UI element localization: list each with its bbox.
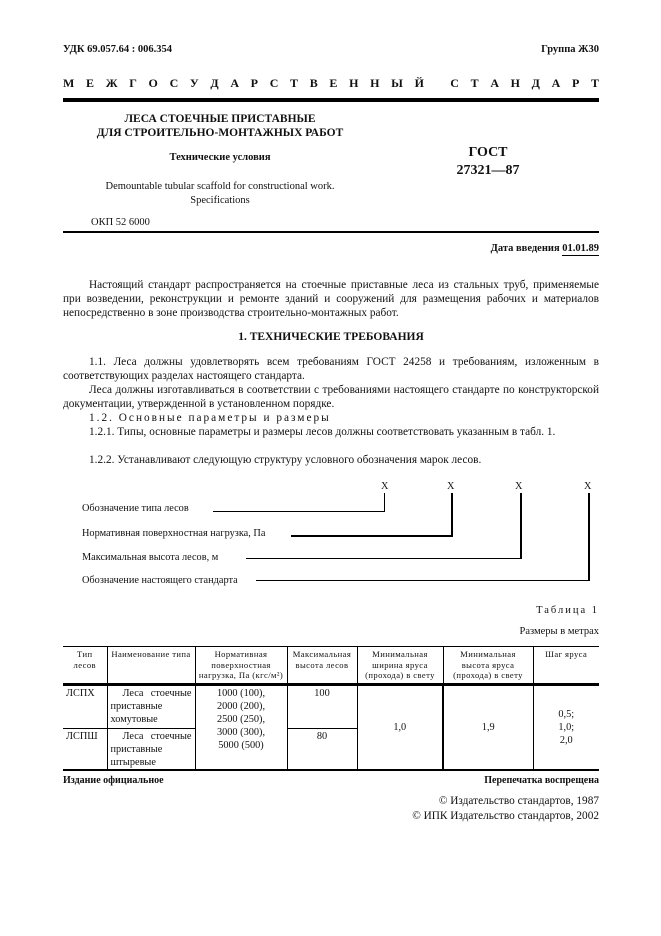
paragraph-1-2-2: 1.2.2. Устанавливают следующую структуру… [63,453,599,467]
mark-x-3: X [515,481,522,492]
load-value: 2500 (250), [199,713,284,726]
gost-label: ГОСТ [453,144,523,162]
parameters-table: Тип лесов Наименование типа Нормативная … [63,646,599,770]
banner-letter: Е [86,76,94,91]
banner-letter: Н [370,76,379,91]
label-standard: Обозначение настоящего стандарта [82,575,238,586]
banner-letter: С [170,76,179,91]
leader-line-1 [213,511,385,512]
col-header-name: Наименование типа [107,647,195,685]
banner-letter: У [190,76,199,91]
cell-step: 0,5; 1,0; 2,0 [533,684,599,770]
banner-letter: Р [572,76,579,91]
cell-min-tier-height: 1,9 [443,684,533,770]
mark-x-2: X [447,481,454,492]
col-header-max-height: Максимальная высота лесов [287,647,357,685]
copyright-2002: © ИПК Издательство стандартов, 2002 [412,810,599,822]
banner-letter: Ы [391,76,403,91]
banner-letter: А [490,76,499,91]
label-max-height: Максимальная высота лесов, м [82,552,218,563]
banner-letter: М [63,76,74,91]
english-title: Demountable tubular scaffold for constru… [60,180,380,208]
gost-designation: ГОСТ 27321—87 [453,144,523,180]
table-row: ЛСПХ Леса стоечные приставные хомутовые … [63,684,599,728]
leader-line-3 [246,558,521,559]
paragraph-1-2-heading: 1.2. Основные параметры и размеры [63,411,599,425]
banner-letter: Т [471,76,479,91]
col-header-load: Нормативная поверхностная нагрузка, Па (… [195,647,287,685]
load-value: 5000 (500) [199,739,284,752]
leader-line-4 [256,580,590,581]
group-code: Группа Ж30 [541,44,599,55]
cell-max-height: 100 [287,684,357,728]
table-header-row: Тип лесов Наименование типа Нормативная … [63,647,599,685]
banner-letter: Т [290,76,298,91]
intro-paragraph: Настоящий стандарт распространяется на с… [63,278,599,320]
table-units: Размеры в метрах [520,626,600,637]
banner-letter: О [149,76,158,91]
official-edition: Издание официальное [63,775,164,786]
cell-name: Леса стоечные приставные хомутовые [107,684,195,728]
banner-letter: С [270,76,279,91]
header-rule [63,98,599,102]
udk-code: УДК 69.057.64 : 006.354 [63,44,172,55]
mark-x-4: X [584,481,591,492]
cell-type: ЛСПХ [63,684,107,728]
title-line-2: ДЛЯ СТРОИТЕЛЬНО-МОНТАЖНЫХ РАБОТ [60,126,380,140]
okp-code: ОКП 52 6000 [91,217,150,228]
banner-letter: Ж [106,76,118,91]
document-subtitle: Технические условия [60,152,380,163]
load-value: 2000 (200), [199,700,284,713]
paragraph-1-2-1: 1.2.1. Типы, основные параметры и размер… [63,425,599,439]
load-value: 1000 (100), [199,687,284,700]
banner-letter: В [310,76,318,91]
date-value: 01.01.89 [562,243,599,256]
banner-letter: С [450,76,459,91]
banner-letter: А [552,76,561,91]
banner-letter: Н [511,76,520,91]
cell-max-height: 80 [287,728,357,770]
interstate-standard-banner: МЕЖГОСУДАРСТВЕННЫЙ СТАНДАРТ [63,76,599,91]
label-type: Обозначение типа лесов [82,503,189,514]
banner-letter: Н [349,76,358,91]
banner-letter: Й [415,76,424,91]
english-title-line-1: Demountable tubular scaffold for constru… [60,180,380,194]
load-value: 3000 (300), [199,726,284,739]
cell-type: ЛСПШ [63,728,107,770]
banner-letter: Д [532,76,540,91]
col-header-min-tier-height: Минимальная высота яруса (прохода) в све… [443,647,533,685]
banner-letter: Е [329,76,337,91]
banner-letter: Р [251,76,258,91]
date-label: Дата введения [491,243,560,254]
leader-vert-3 [520,493,522,559]
leader-line-2 [291,535,452,537]
mark-x-1: X [381,481,388,492]
leader-vert-1 [384,493,385,512]
banner-letter: Д [210,76,218,91]
banner-letter: А [230,76,239,91]
step-value: 0,5; [537,708,597,721]
banner-letter [436,76,439,91]
cell-min-width: 1,0 [357,684,443,770]
section-title: 1. ТЕХНИЧЕСКИЕ ТРЕБОВАНИЯ [63,331,599,343]
label-load: Нормативная поверхностная нагрузка, Па [82,528,265,539]
title-line-1: ЛЕСА СТОЕЧНЫЕ ПРИСТАВНЫЕ [60,112,380,126]
copyright-1987: © Издательство стандартов, 1987 [439,795,599,807]
step-value: 2,0 [537,734,597,747]
cell-name: Леса стоечные приставные штыревые [107,728,195,770]
document-title: ЛЕСА СТОЕЧНЫЕ ПРИСТАВНЫЕ ДЛЯ СТРОИТЕЛЬНО… [60,112,380,140]
paragraph-1-1b: Леса должны изготавливаться в соответств… [63,383,599,411]
banner-letter: Т [591,76,599,91]
col-header-step: Шаг яруса [533,647,599,685]
leader-vert-4 [588,493,590,581]
gost-number: 27321—87 [453,162,523,180]
col-header-min-width: Минимальная ширина яруса (прохода) в све… [357,647,443,685]
cell-loads: 1000 (100), 2000 (200), 2500 (250), 3000… [195,684,287,770]
paragraph-1-1: 1.1. Леса должны удовлетворять всем треб… [63,355,599,383]
leader-vert-2 [451,493,453,537]
step-value: 1,0; [537,721,597,734]
reprint-notice: Перепечатка воспрещена [484,775,599,786]
footer-rule [63,769,599,771]
title-rule [63,231,599,233]
banner-letter: Г [129,76,137,91]
introduction-date: Дата введения 01.01.89 [491,243,599,254]
table-caption: Таблица 1 [536,605,599,616]
col-header-type: Тип лесов [63,647,107,685]
english-title-line-2: Specifications [60,194,380,208]
